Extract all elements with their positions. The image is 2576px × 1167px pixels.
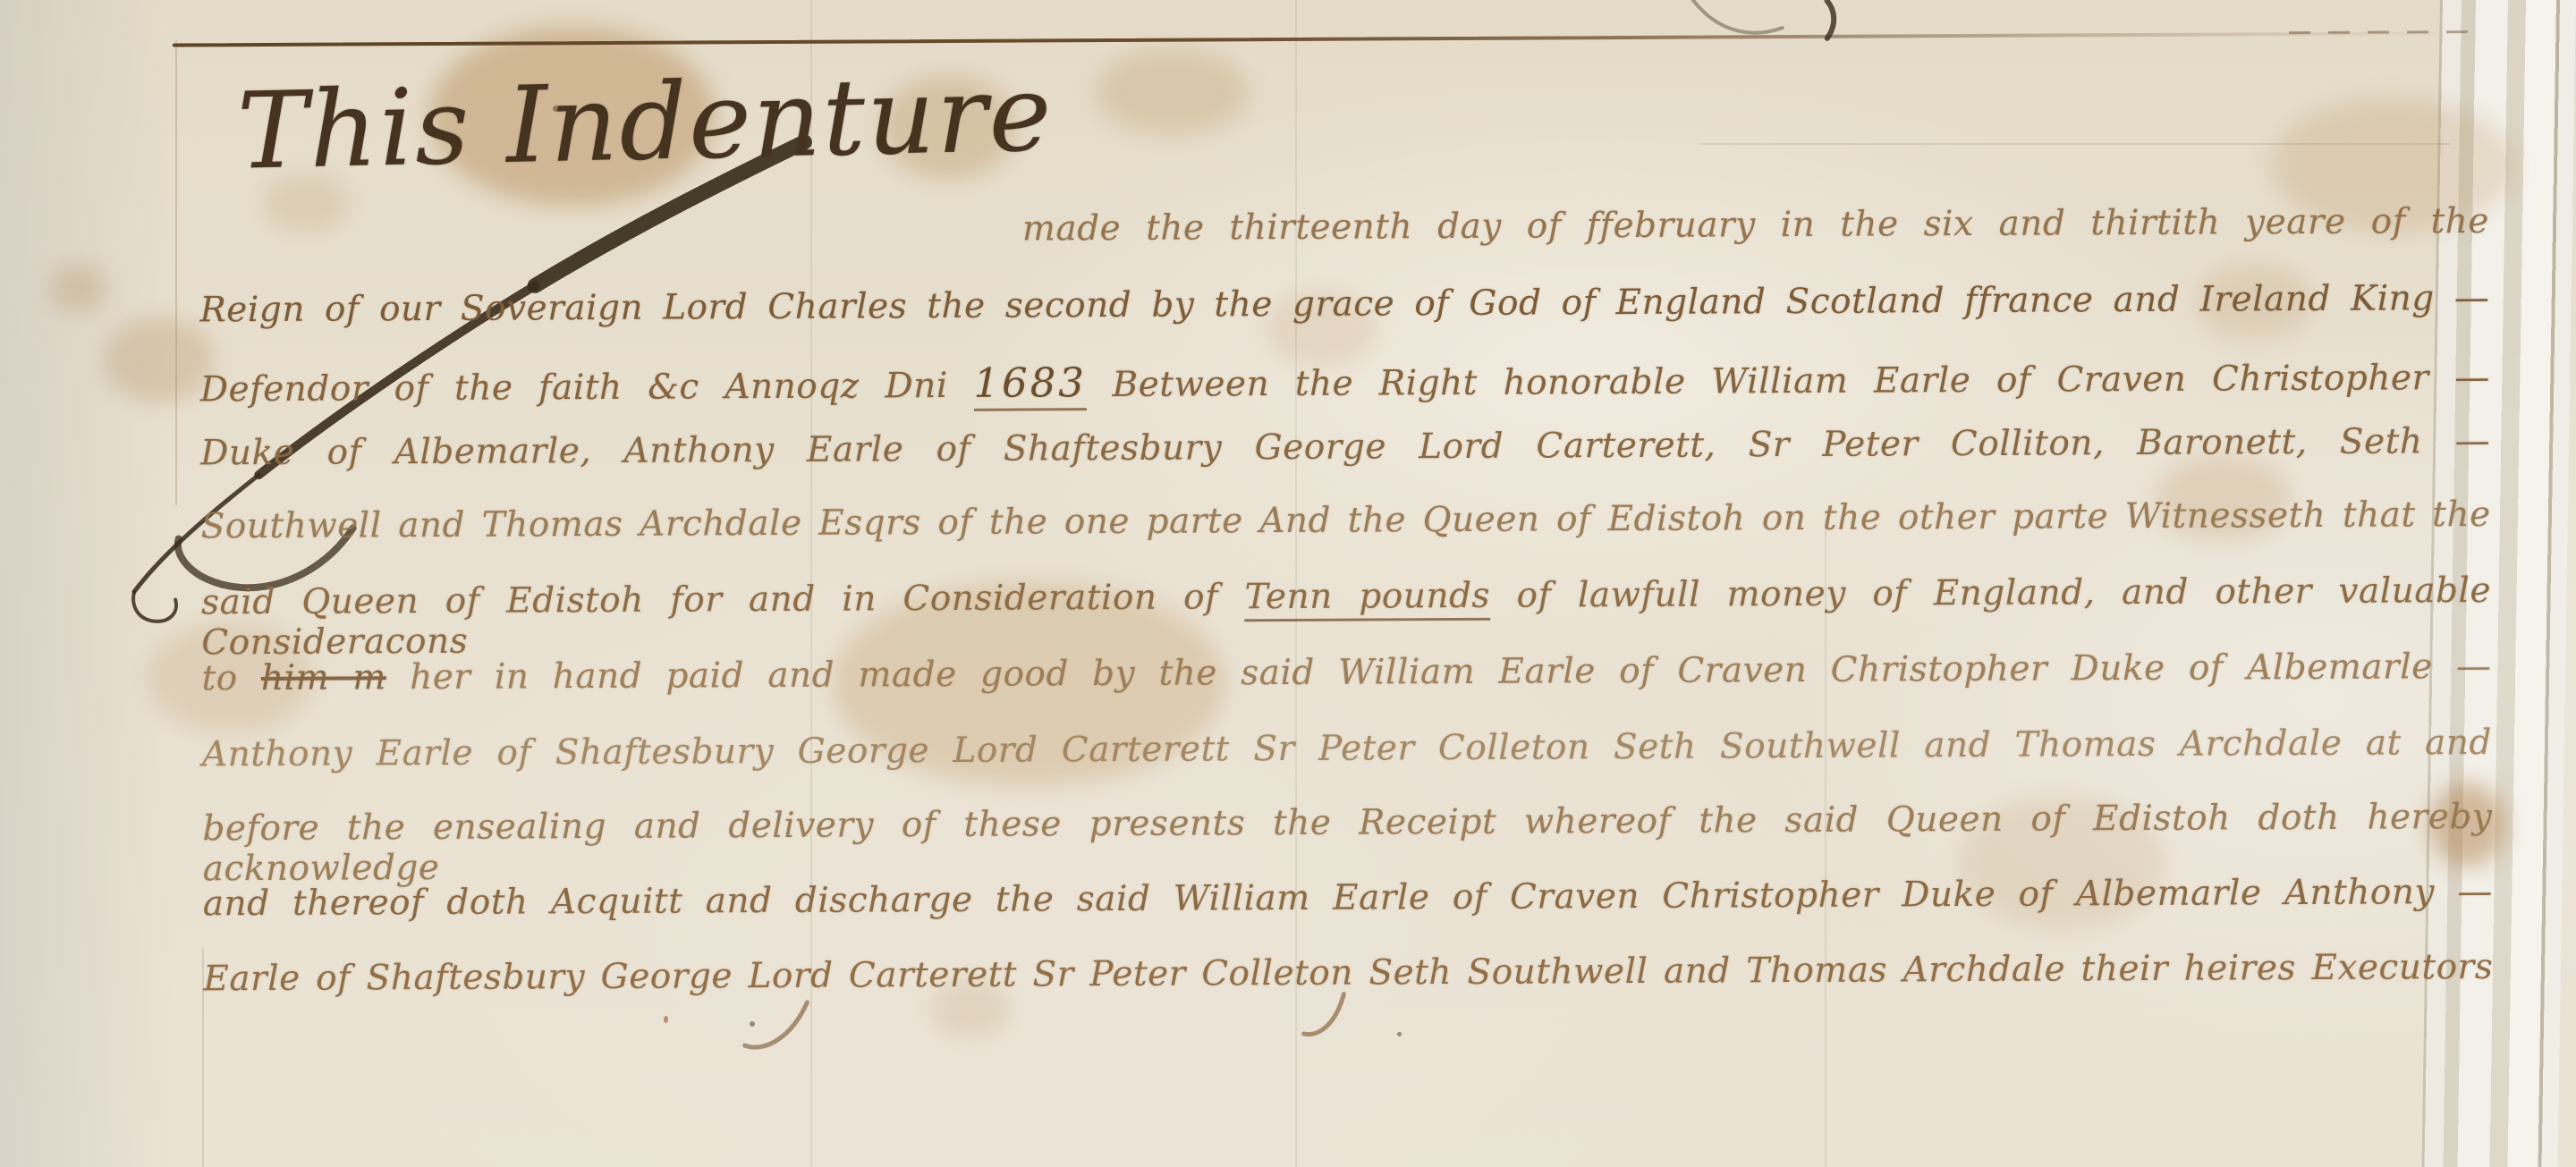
manuscript-line-6: said Queen of Edistoh for and in Conside…	[201, 571, 2491, 638]
underlined-year-1683: 1683	[973, 359, 1087, 411]
manuscript-line-9: before the ensealing and delivery of the…	[202, 797, 2492, 864]
line-7-text-before-correction: to	[201, 658, 237, 698]
manuscript-line-8: Anthony Earle of Shaftesbury George Lord…	[202, 723, 2492, 790]
manuscript-line-7: to him m her in hand paid and made good …	[201, 647, 2491, 714]
opening-words-this-indenture: This Indenture	[236, 52, 1026, 193]
manuscript-line-2: Reign of our Soveraign Lord Charles the …	[199, 278, 2489, 345]
manuscript-line-11: Earle of Shaftesbury George Lord Cartere…	[203, 947, 2493, 1014]
manuscript-line-5: Southwell and Thomas Archdale Esqrs of t…	[201, 495, 2491, 562]
manuscript-line-3: Defendor of the faith &c Annoqz Dni 1683…	[200, 351, 2490, 419]
line-6-text-before-sum: said Queen of Edistoh for and in Conside…	[201, 577, 1218, 622]
top-rule-line	[173, 31, 2462, 47]
struck-out-words: him m	[261, 657, 386, 698]
manuscript-line-1: made the thirteenth day of ffebruary in …	[1022, 201, 2489, 265]
line-7-text-after-correction: her in hand paid and made good by the sa…	[410, 647, 2492, 698]
manuscript-content: This Indenture made the thirteenth day o…	[0, 0, 2576, 1167]
manuscript-photo: This Indenture made the thirteenth day o…	[0, 0, 2576, 1167]
line-3-text-before-year: Defendor of the faith &c Annoqz Dni	[200, 366, 948, 410]
manuscript-line-10: and thereof doth Acquitt and discharge t…	[203, 872, 2493, 939]
manuscript-line-4: Duke of Albemarle, Anthony Earle of Shaf…	[200, 421, 2490, 488]
underlined-sum-tenn-pounds: Tenn pounds	[1244, 576, 1490, 622]
line-3-text-after-year: Between the Right honorable William Earl…	[1112, 358, 2489, 405]
